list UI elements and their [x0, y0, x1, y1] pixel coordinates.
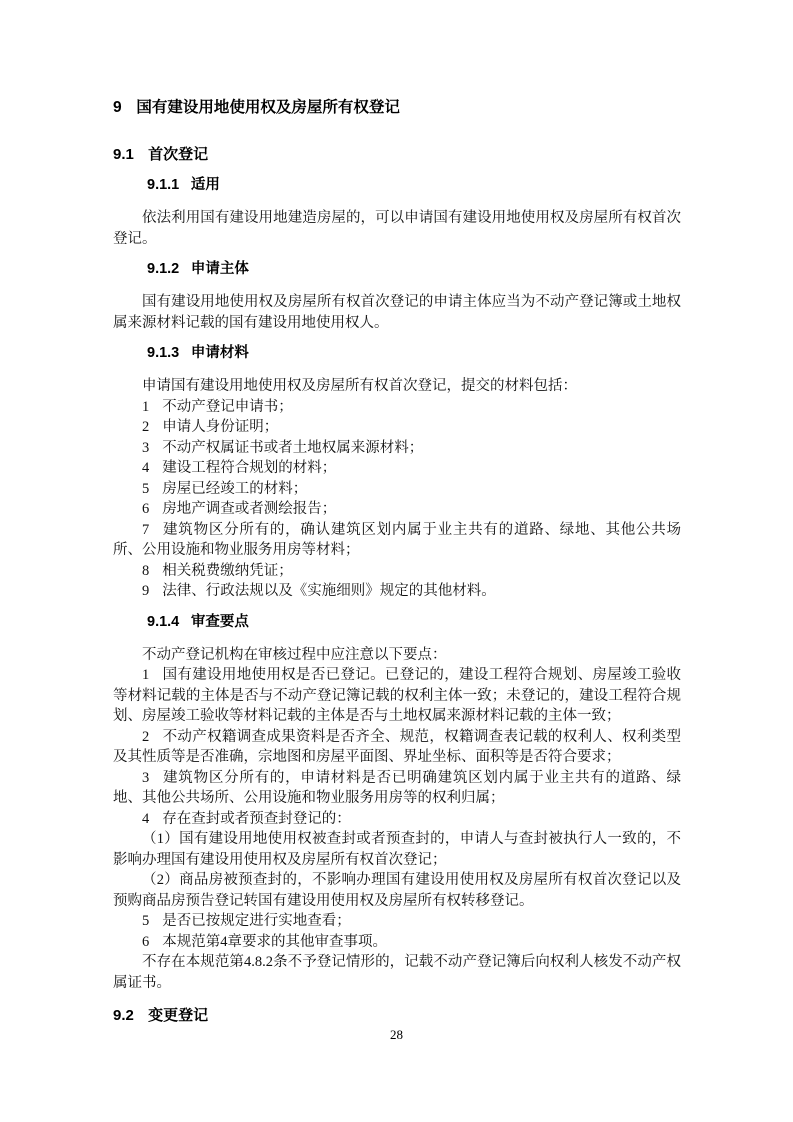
section-heading-9-2: 9.2变更登记 [113, 1005, 681, 1026]
paragraph: 申请国有建设用地使用权及房屋所有权首次登记，提交的材料包括： [113, 376, 681, 397]
item-text: 建筑物区分所有的，确认建筑区划内属于业主共有的道路、绿地、其他公共场所、公用设施… [113, 522, 681, 559]
material-item-7: 7建筑物区分所有的，确认建筑区划内属于业主共有的道路、绿地、其他公共场所、公用设… [113, 520, 681, 561]
item-number: 1 [142, 399, 149, 415]
section-title: 首次登记 [148, 146, 208, 163]
review-point-6: 6本规范第4章要求的其他审查事项。 [113, 932, 681, 953]
item-text: 存在查封或者预查封登记的： [162, 811, 351, 827]
review-point-4-sub-2: （2）商品房被预查封的，不影响办理国有建设用使用权及房屋所有权首次登记以及预购商… [113, 870, 681, 911]
section-heading-9-1: 9.1首次登记 [113, 144, 681, 165]
material-item-2: 2申请人身份证明； [113, 417, 681, 438]
closing-paragraph: 不存在本规范第4.8.2条不予登记情形的，记载不动产登记簿后向权利人核发不动产权… [113, 952, 681, 993]
item-text: 国有建设用地使用权是否已登记。已登记的，建设工程符合规划、房屋竣工验收等材料记载… [113, 667, 681, 724]
item-text: 申请人身份证明； [162, 419, 278, 435]
subsection-number: 9.1.4 [147, 614, 179, 630]
subsection-title: 申请主体 [191, 261, 249, 277]
item-text: 不动产权属证书或者土地权属来源材料； [162, 440, 423, 456]
document-page: 9国有建设用地使用权及房屋所有权登记 9.1首次登记 9.1.1适用 依法利用国… [0, 0, 793, 1122]
chapter-title: 国有建设用地使用权及房屋所有权登记 [136, 99, 400, 116]
subsection-number: 9.1.1 [147, 177, 179, 193]
item-number: 4 [142, 460, 149, 476]
material-item-6: 6房地产调查或者测绘报告； [113, 499, 681, 520]
material-item-9: 9法律、行政法规以及《实施细则》规定的其他材料。 [113, 581, 681, 602]
item-text: 国有建设用地使用权被查封或者预查封的，申请人与查封被执行人一致的，不影响办理国有… [113, 831, 681, 868]
subsection-title: 适用 [191, 177, 220, 193]
item-text: 房地产调查或者测绘报告； [162, 501, 336, 517]
item-text: 本规范第4章要求的其他审查事项。 [162, 934, 387, 950]
paragraph: 不动产登记机构在审核过程中应注意以下要点： [113, 645, 681, 666]
section-number: 9.2 [113, 1007, 134, 1024]
item-number: 5 [142, 481, 149, 497]
page-number: 28 [0, 1026, 793, 1044]
subsection-title: 申请材料 [191, 345, 249, 361]
material-item-1: 1不动产登记申请书； [113, 397, 681, 418]
item-number: 9 [142, 583, 149, 599]
chapter-heading: 9国有建设用地使用权及房屋所有权登记 [113, 97, 681, 119]
subsection-heading-9-1-2: 9.1.2申请主体 [147, 259, 681, 280]
item-number: 3 [142, 440, 149, 456]
item-number: 1 [142, 667, 149, 683]
item-text: 相关税费缴纳凭证； [162, 563, 293, 579]
item-text: 不动产权籍调查成果资料是否齐全、规范，权籍调查表记载的权利人、权利类型及其性质等… [113, 729, 681, 766]
item-text: 商品房被预查封的，不影响办理国有建设用使用权及房屋所有权首次登记以及预购商品房预… [113, 872, 681, 909]
paragraph: 国有建设用地使用权及房屋所有权首次登记的申请主体应当为不动产登记簿或土地权属来源… [113, 292, 681, 333]
subsection-number: 9.1.2 [147, 261, 179, 277]
review-point-3: 3建筑物区分所有的，申请材料是否已明确建筑区划内属于业主共有的道路、绿地、其他公… [113, 768, 681, 809]
item-text: 建设工程符合规划的材料； [162, 460, 336, 476]
subsection-title: 审查要点 [191, 614, 249, 630]
item-number: 6 [142, 934, 149, 950]
item-text: 房屋已经竣工的材料； [162, 481, 307, 497]
item-text: 法律、行政法规以及《实施细则》规定的其他材料。 [162, 583, 496, 599]
material-item-8: 8相关税费缴纳凭证； [113, 561, 681, 582]
section-number: 9.1 [113, 146, 134, 163]
review-point-2: 2不动产权籍调查成果资料是否齐全、规范，权籍调查表记载的权利人、权利类型及其性质… [113, 727, 681, 768]
review-point-4: 4存在查封或者预查封登记的： [113, 809, 681, 830]
paragraph: 依法利用国有建设用地建造房屋的，可以申请国有建设用地使用权及房屋所有权首次登记。 [113, 208, 681, 249]
subsection-heading-9-1-1: 9.1.1适用 [147, 175, 681, 196]
review-point-5: 5是否已按规定进行实地查看； [113, 911, 681, 932]
item-number: 2 [142, 729, 149, 745]
material-item-5: 5房屋已经竣工的材料； [113, 479, 681, 500]
subsection-heading-9-1-3: 9.1.3申请材料 [147, 343, 681, 364]
review-point-4-sub-1: （1）国有建设用地使用权被查封或者预查封的，申请人与查封被执行人一致的，不影响办… [113, 829, 681, 870]
item-number: 7 [142, 522, 149, 538]
review-point-1: 1国有建设用地使用权是否已登记。已登记的，建设工程符合规划、房屋竣工验收等材料记… [113, 665, 681, 727]
subsection-number: 9.1.3 [147, 345, 179, 361]
chapter-number: 9 [113, 99, 122, 116]
item-number: 3 [142, 770, 149, 786]
item-text: 建筑物区分所有的，申请材料是否已明确建筑区划内属于业主共有的道路、绿地、其他公共… [113, 770, 681, 807]
item-number: 2 [142, 419, 149, 435]
subsection-heading-9-1-4: 9.1.4审查要点 [147, 612, 681, 633]
material-item-4: 4建设工程符合规划的材料； [113, 458, 681, 479]
item-number: 5 [142, 913, 149, 929]
item-number: （2） [142, 872, 179, 888]
item-number: 8 [142, 563, 149, 579]
item-number: 4 [142, 811, 149, 827]
item-number: （1） [142, 831, 179, 847]
item-text: 是否已按规定进行实地查看； [162, 913, 351, 929]
item-number: 6 [142, 501, 149, 517]
item-text: 不动产登记申请书； [162, 399, 293, 415]
material-item-3: 3不动产权属证书或者土地权属来源材料； [113, 438, 681, 459]
section-title: 变更登记 [148, 1007, 208, 1024]
